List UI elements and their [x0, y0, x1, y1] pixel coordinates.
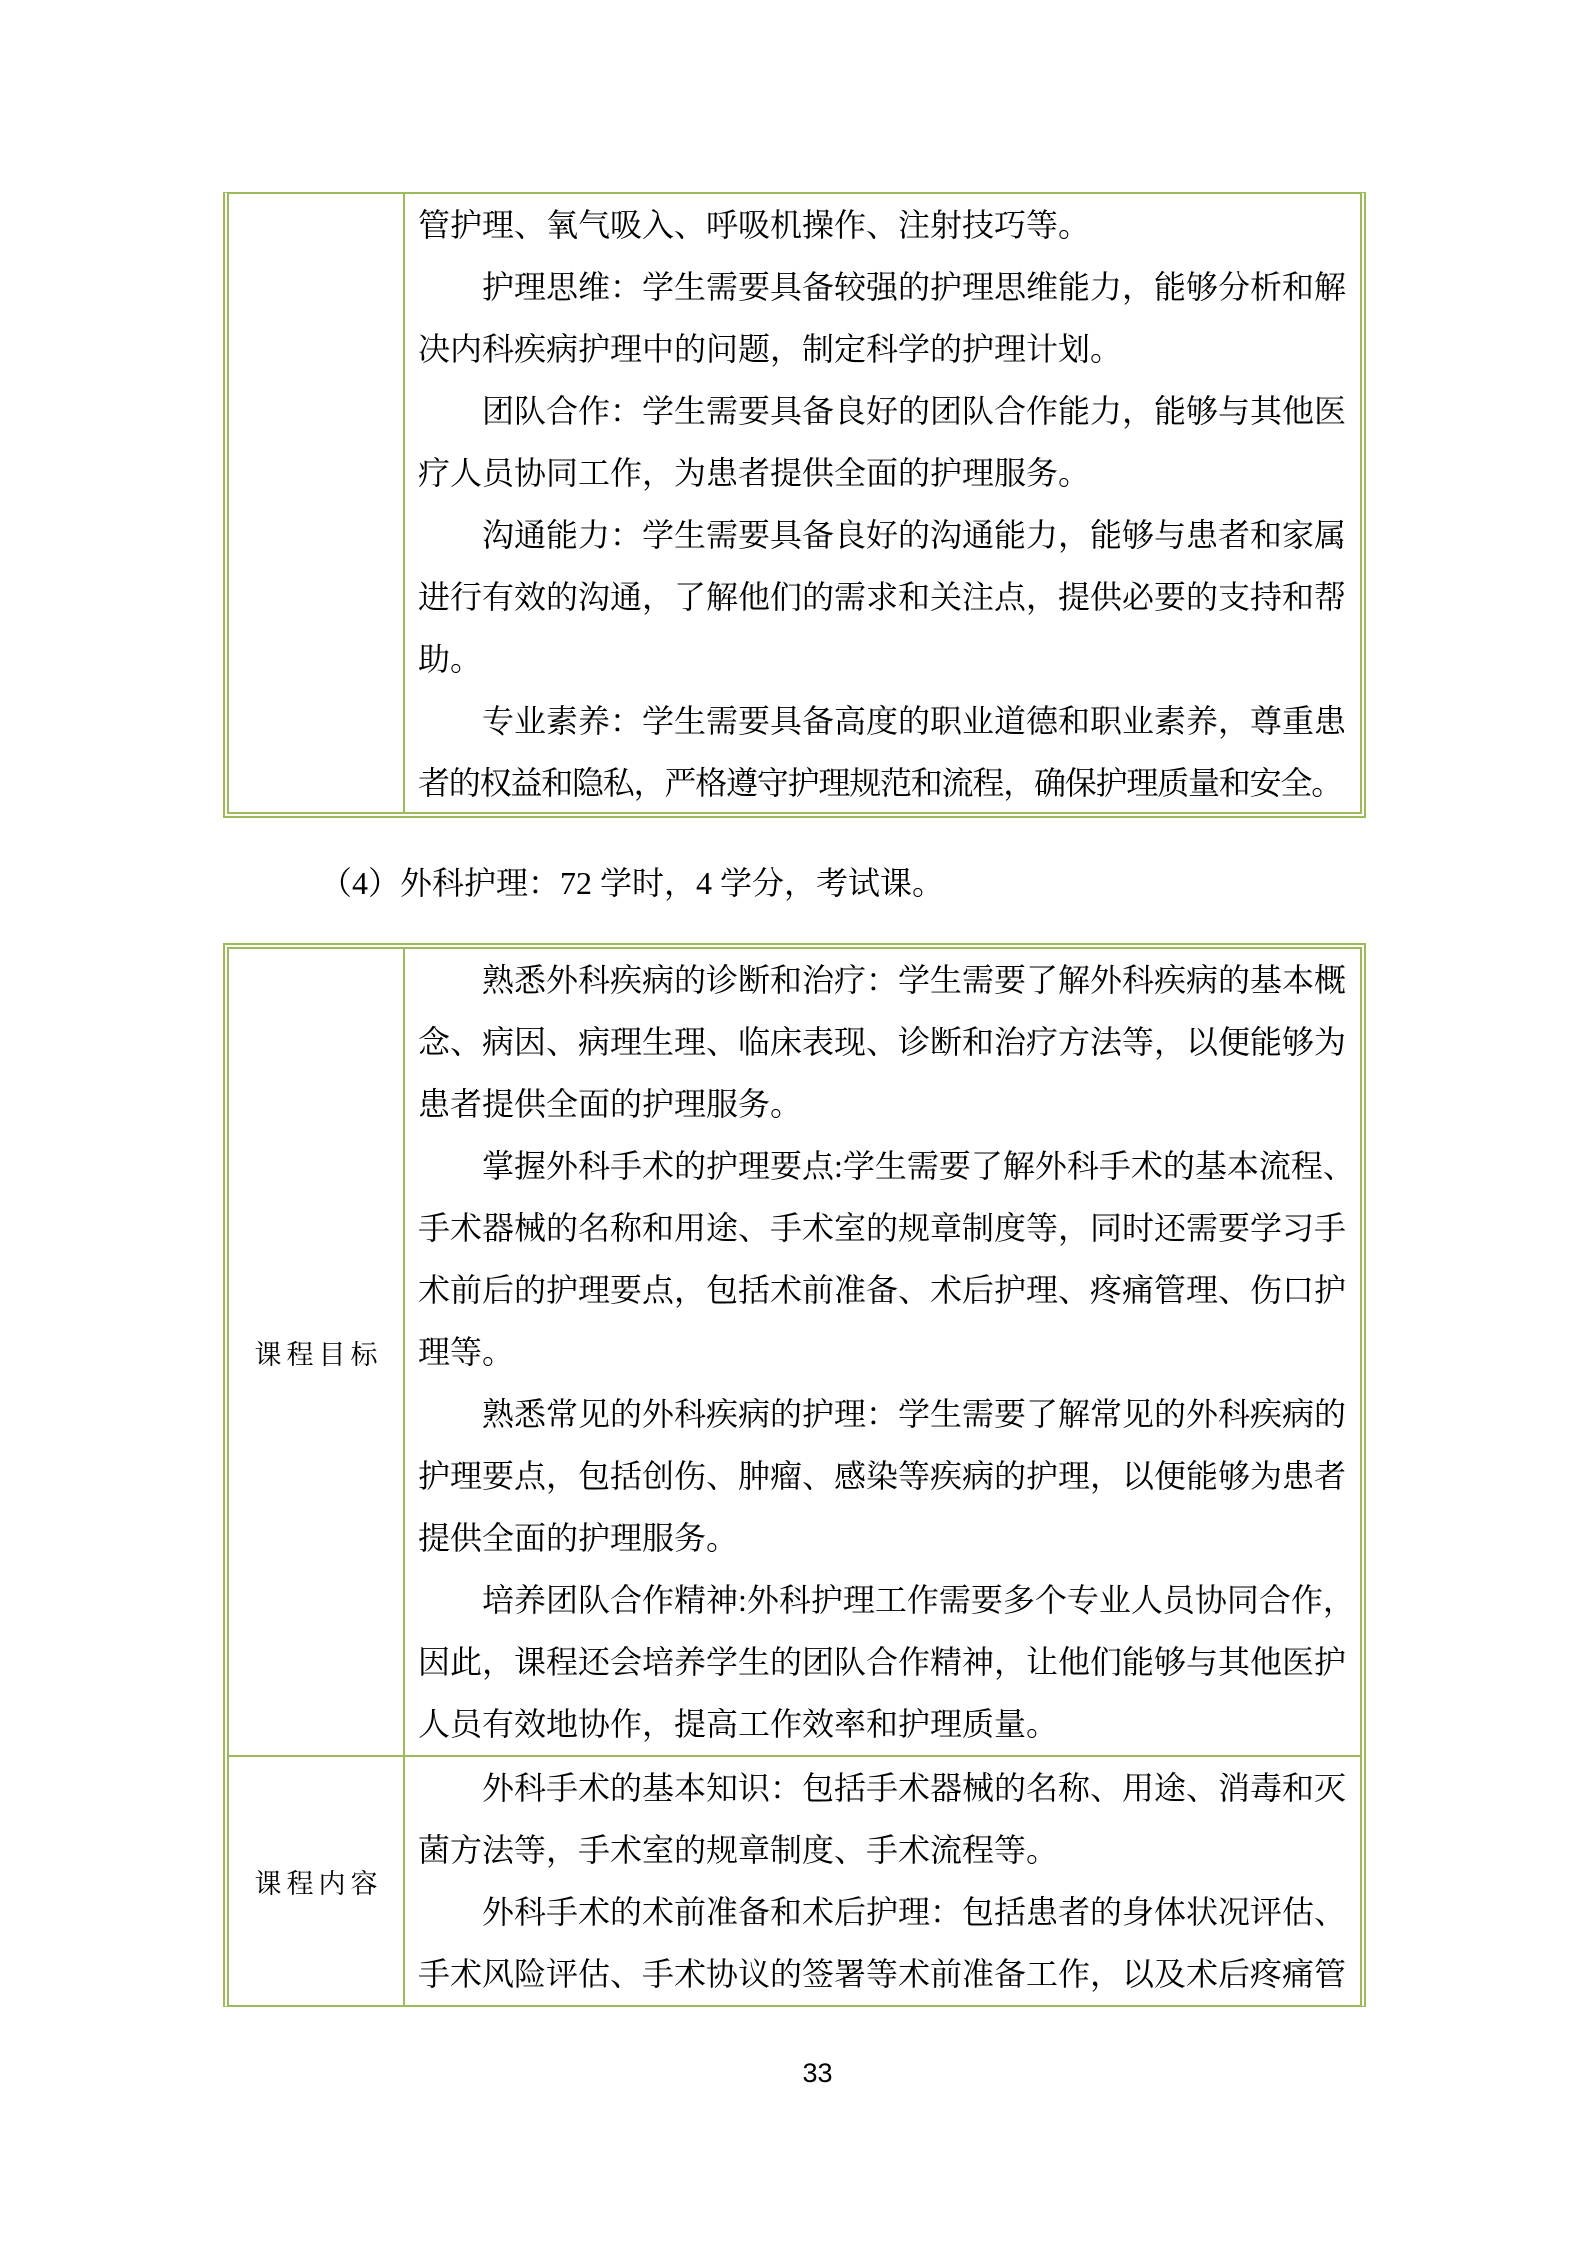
page-number: 33: [48, 2058, 1587, 2089]
text-line: 术前后的护理要点，包括术前准备、术后护理、疼痛管理、伤口护: [418, 1259, 1347, 1321]
course-content-row: 课程内容 外科手术的基本知识：包括手术器械的名称、用途、消毒和灭菌方法等，手术室…: [229, 1757, 1360, 2005]
text-line: 手术器械的名称和用途、手术室的规章制度等，同时还需要学习手: [418, 1197, 1347, 1259]
course-content-label-cell: 课程内容: [229, 1757, 405, 2005]
section-heading-text: （4）外科护理：72 学时，4 学分，考试课。: [320, 858, 944, 904]
course-objectives-label-cell: 课程目标: [229, 949, 405, 1755]
text-line: 沟通能力：学生需要具备良好的沟通能力，能够与患者和家属: [418, 504, 1347, 566]
text-line: 决内科疾病护理中的问题，制定科学的护理计划。: [418, 318, 1347, 380]
document-page: 管护理、氧气吸入、呼吸机操作、注射技巧等。护理思维：学生需要具备较强的护理思维能…: [0, 0, 1587, 2245]
text-line: 熟悉常见的外科疾病的护理：学生需要了解常见的外科疾病的: [418, 1383, 1347, 1445]
text-line: 助。: [418, 628, 1347, 690]
course-content-content-cell: 外科手术的基本知识：包括手术器械的名称、用途、消毒和灭菌方法等，手术室的规章制度…: [405, 1757, 1360, 2005]
text-line: 者的权益和隐私，严格遵守护理规范和流程，确保护理质量和安全。: [418, 752, 1347, 812]
text-line: 提供全面的护理服务。: [418, 1507, 1347, 1569]
course-content-label: 课程内容: [250, 1862, 383, 1901]
text-line: 手术风险评估、手术协议的签署等术前准备工作，以及术后疼痛管: [418, 1943, 1347, 2005]
course-objectives-label: 课程目标: [250, 1333, 383, 1372]
table-continued-label-cell: [229, 194, 405, 812]
course-objectives-row: 课程目标 熟悉外科疾病的诊断和治疗：学生需要了解外科疾病的基本概念、病因、病理生…: [229, 949, 1360, 1757]
text-line: 念、病因、病理生理、临床表现、诊断和治疗方法等，以便能够为: [418, 1011, 1347, 1073]
text-line: 人员有效地协作，提高工作效率和护理质量。: [418, 1693, 1347, 1755]
text-line: 外科手术的术前准备和术后护理：包括患者的身体状况评估、: [418, 1881, 1347, 1943]
section-heading: （4）外科护理：72 学时，4 学分，考试课。: [223, 818, 1366, 943]
course-objectives-content-cell: 熟悉外科疾病的诊断和治疗：学生需要了解外科疾病的基本概念、病因、病理生理、临床表…: [405, 949, 1360, 1755]
text-line: 熟悉外科疾病的诊断和治疗：学生需要了解外科疾病的基本概: [418, 949, 1347, 1011]
text-line: 护理要点，包括创伤、肿瘤、感染等疾病的护理，以便能够为患者: [418, 1445, 1347, 1507]
text-line: 护理思维：学生需要具备较强的护理思维能力，能够分析和解: [418, 256, 1347, 318]
text-line: 患者提供全面的护理服务。: [418, 1073, 1347, 1135]
text-line: 因此，课程还会培养学生的团队合作精神，让他们能够与其他医护: [418, 1631, 1347, 1693]
text-line: 疗人员协同工作，为患者提供全面的护理服务。: [418, 442, 1347, 504]
text-line: 掌握外科手术的护理要点:学生需要了解外科手术的基本流程、: [418, 1135, 1347, 1197]
text-line: 理等。: [418, 1321, 1347, 1383]
text-line: 管护理、氧气吸入、呼吸机操作、注射技巧等。: [418, 194, 1347, 256]
table-continued: 管护理、氧气吸入、呼吸机操作、注射技巧等。护理思维：学生需要具备较强的护理思维能…: [223, 192, 1366, 818]
text-line: 进行有效的沟通，了解他们的需求和关注点，提供必要的支持和帮: [418, 566, 1347, 628]
text-line: 菌方法等，手术室的规章制度、手术流程等。: [418, 1819, 1347, 1881]
text-line: 专业素养：学生需要具备高度的职业道德和职业素养，尊重患: [418, 690, 1347, 752]
text-line: 外科手术的基本知识：包括手术器械的名称、用途、消毒和灭: [418, 1757, 1347, 1819]
text-line: 团队合作：学生需要具备良好的团队合作能力，能够与其他医: [418, 380, 1347, 442]
course-table: 课程目标 熟悉外科疾病的诊断和治疗：学生需要了解外科疾病的基本概念、病因、病理生…: [223, 943, 1366, 2007]
text-line: 培养团队合作精神:外科护理工作需要多个专业人员协同合作，: [418, 1569, 1347, 1631]
table-continued-content-cell: 管护理、氧气吸入、呼吸机操作、注射技巧等。护理思维：学生需要具备较强的护理思维能…: [405, 194, 1360, 812]
